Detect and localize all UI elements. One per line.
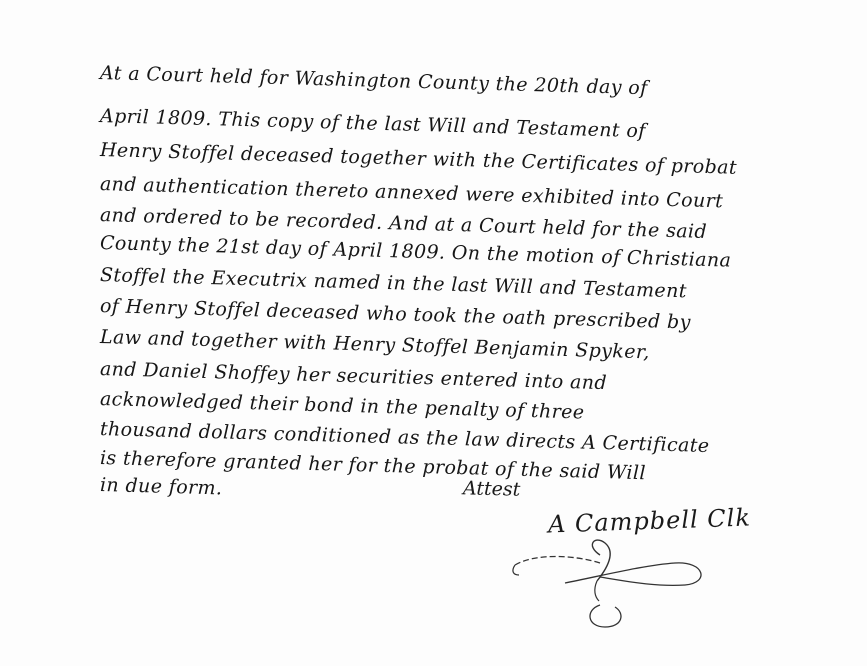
text-line-14: in due form. (100, 474, 223, 499)
text-line-1: At a Court held for Washington County th… (100, 62, 648, 99)
text-line-2: April 1809. This copy of the last Will a… (100, 105, 646, 142)
clerk-signature: A Campbell Clk (548, 503, 752, 538)
text-line-3: Henry Stoffel deceased together with the… (100, 139, 738, 179)
attest-label: Attest (463, 477, 521, 500)
text-line-10: and Daniel Shoffey her securities entere… (100, 358, 608, 394)
document-page: At a Court held for Washington County th… (0, 0, 867, 666)
text-line-9: Law and together with Henry Stoffel Benj… (100, 326, 650, 363)
signature-flourish-icon (505, 535, 715, 630)
text-line-11: acknowledged their bond in the penalty o… (100, 388, 585, 424)
